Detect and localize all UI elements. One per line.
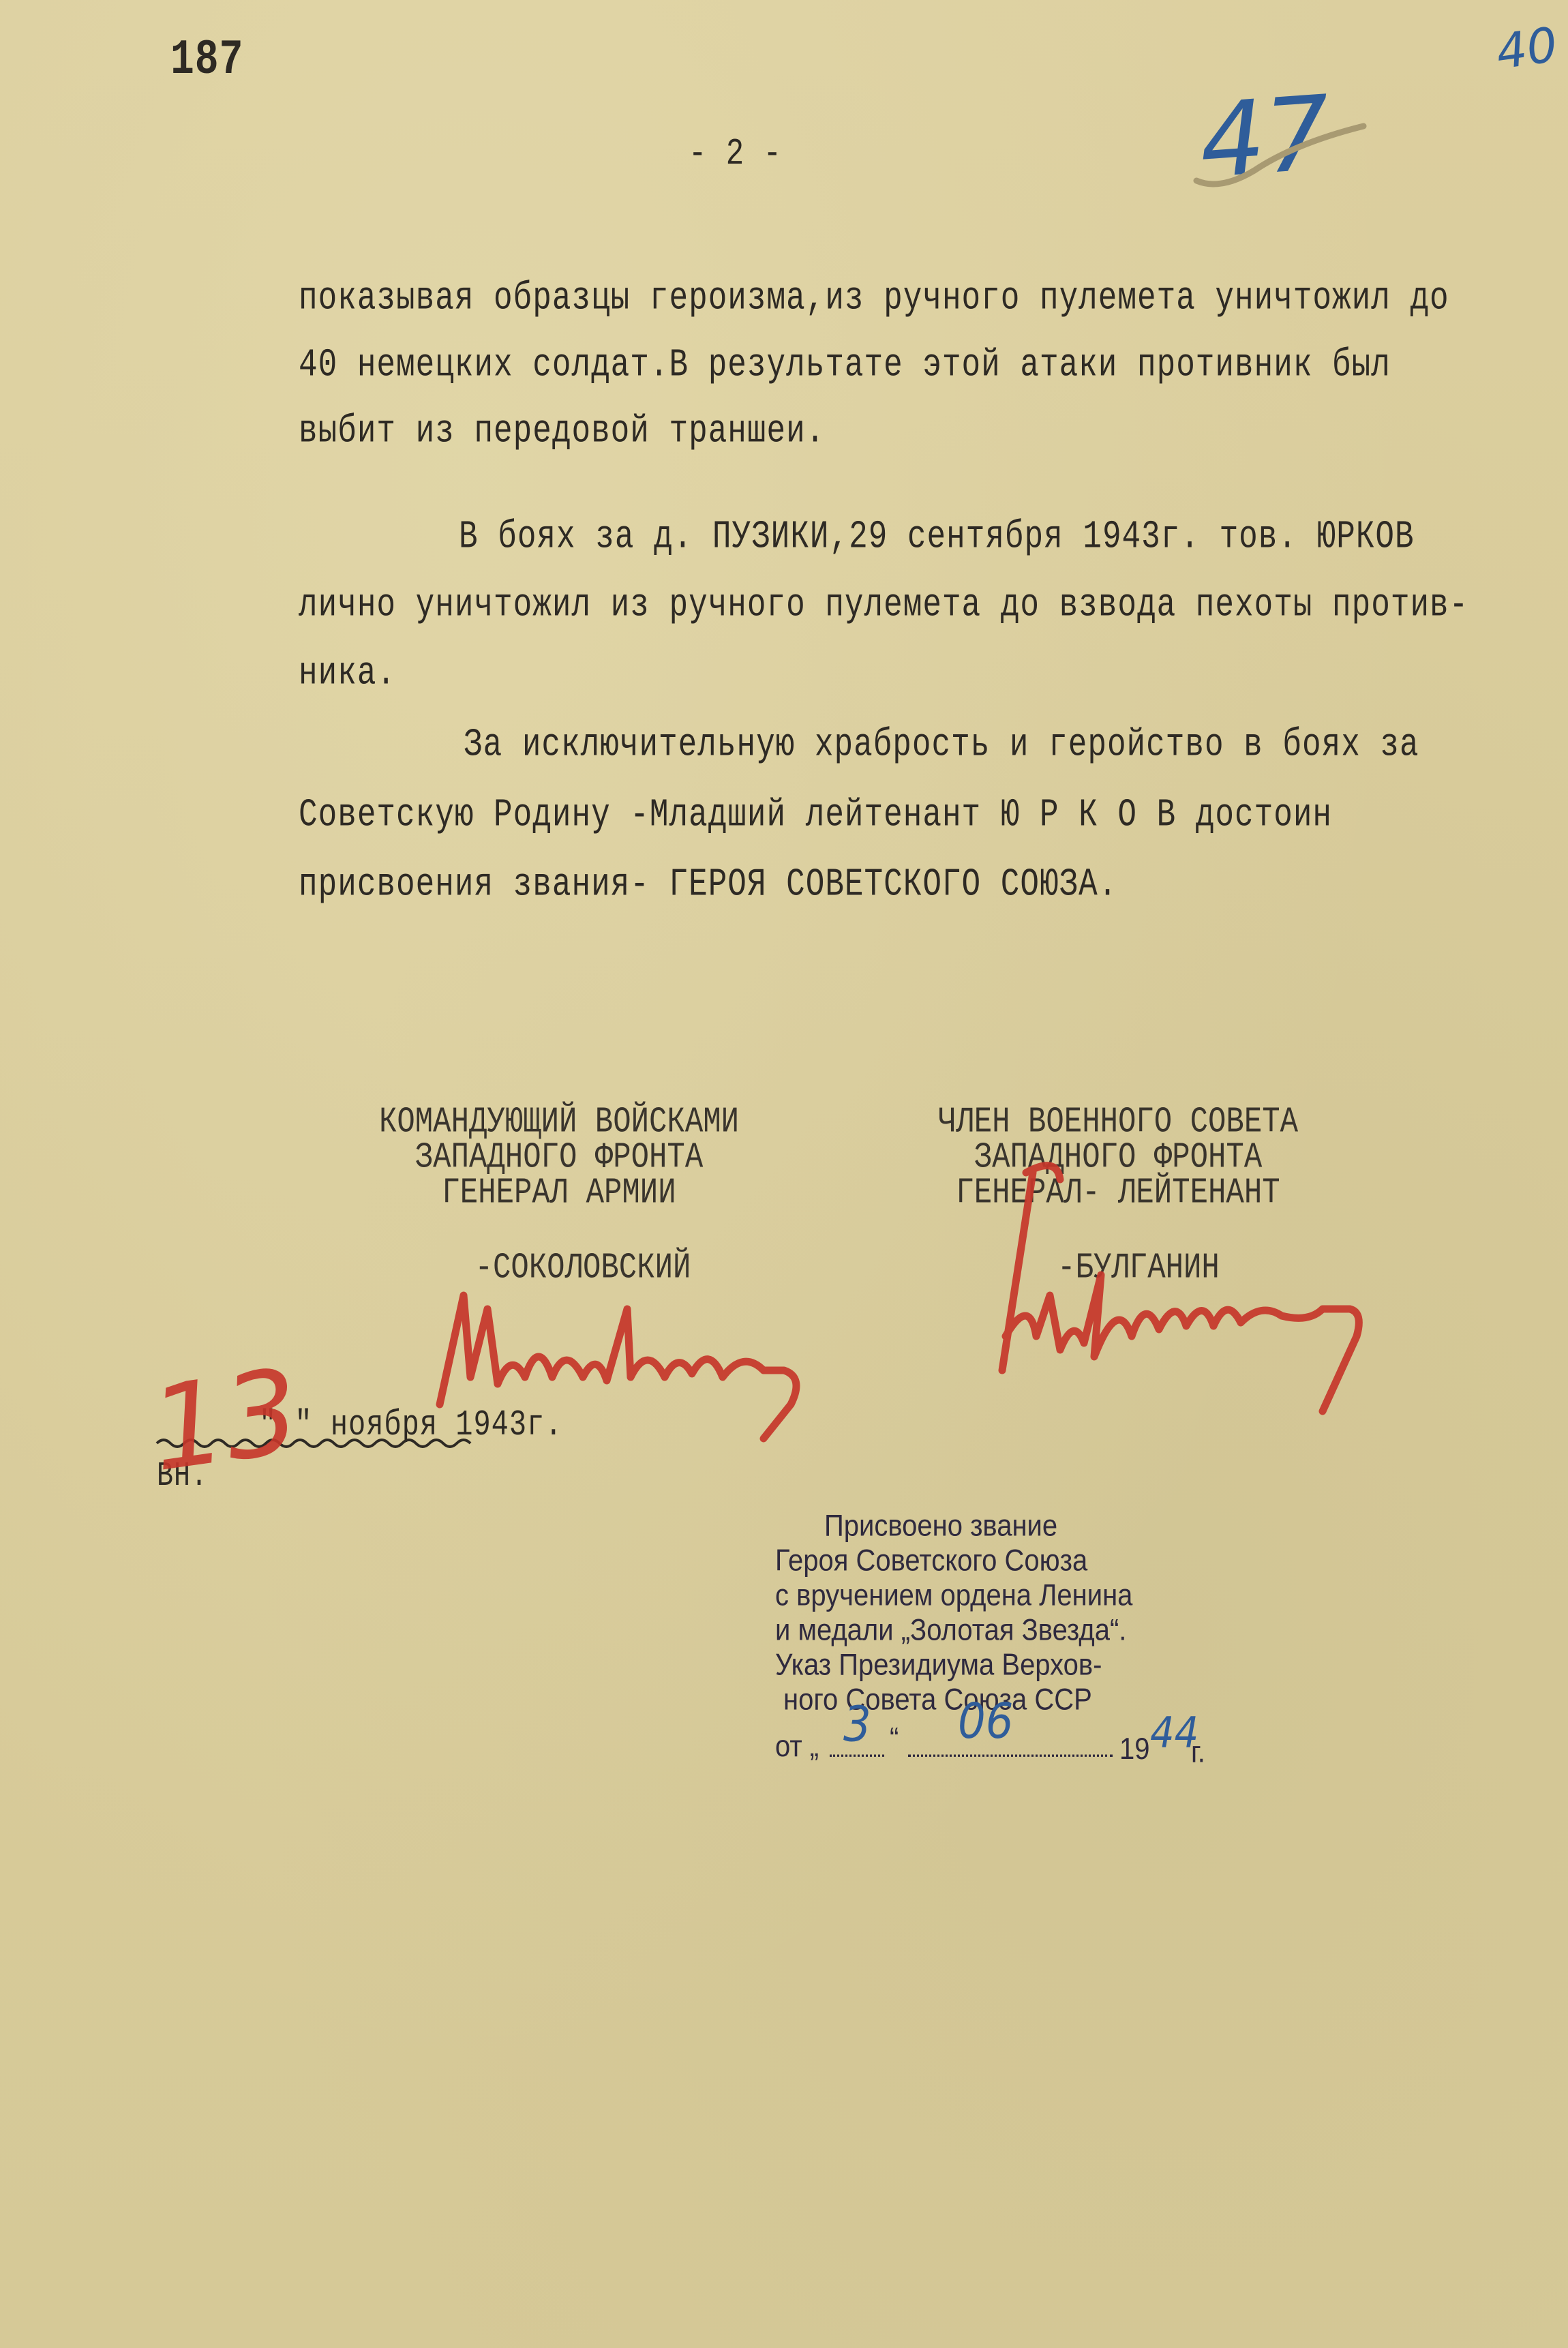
stamp-line: Присвоено звание [775,1507,1266,1546]
body-line: лично уничтожил из ручного пулемета до в… [299,583,1468,627]
stamp-line: Указ Президиума Верхов- [775,1646,1266,1685]
stamp-date-prefix: от „ [775,1727,819,1766]
signature-block-left: КОМАНДУЮЩИЙ ВОЙСКАМИ ЗАПАДНОГО ФРОНТА ГЕ… [273,1101,845,1282]
month-blank [908,1755,1113,1757]
stamp-year-end: г. [1191,1733,1205,1772]
sheet-number: 40 [1493,16,1561,80]
body-line: выбит из передовой траншеи. [299,409,825,453]
stamp-line: Героя Советского Союза [775,1541,1266,1580]
stamp-line: с вручением ордена Ленина [775,1576,1266,1615]
body-line: Советскую Родину -Младший лейтенант Ю Р … [299,793,1332,837]
date-day-handwritten: 13 [142,1344,307,1498]
stamp-date-line: от „ 3 “ 06 19 44 г. [775,1719,1266,1773]
archive-number: 187 [170,33,243,88]
award-stamp: Присвоено звание Героя Советского Союза … [775,1507,1266,1767]
quote-mark: “ [890,1719,899,1758]
stamp-day: 3 [843,1706,871,1745]
body-line: присвоения звания- ГЕРОЯ СОВЕТСКОГО СОЮЗ… [299,862,1117,907]
stamp-month: 06 [958,1702,1013,1741]
body-line: показывая образцы героизма,из ручного пу… [299,276,1449,320]
stamp-line: и медали „Золотая Звезда“. [775,1611,1266,1650]
signatory-title: ГЕНЕРАЛ АРМИИ [273,1172,845,1214]
signature-bulganin-icon [941,1159,1432,1432]
pencil-strike-icon [1193,116,1370,198]
page-marker: - 2 - [689,133,782,176]
body-line: 40 немецких солдат.В результате этой ата… [299,343,1391,387]
body-line: ника. [299,651,396,695]
body-line: В боях за д. ПУЗИКИ,29 сентября 1943г. т… [459,515,1415,559]
body-line: За исключительную храбрость и геройство … [464,723,1419,767]
day-blank [830,1755,884,1757]
stamp-year-prefix: 19 [1119,1730,1150,1769]
